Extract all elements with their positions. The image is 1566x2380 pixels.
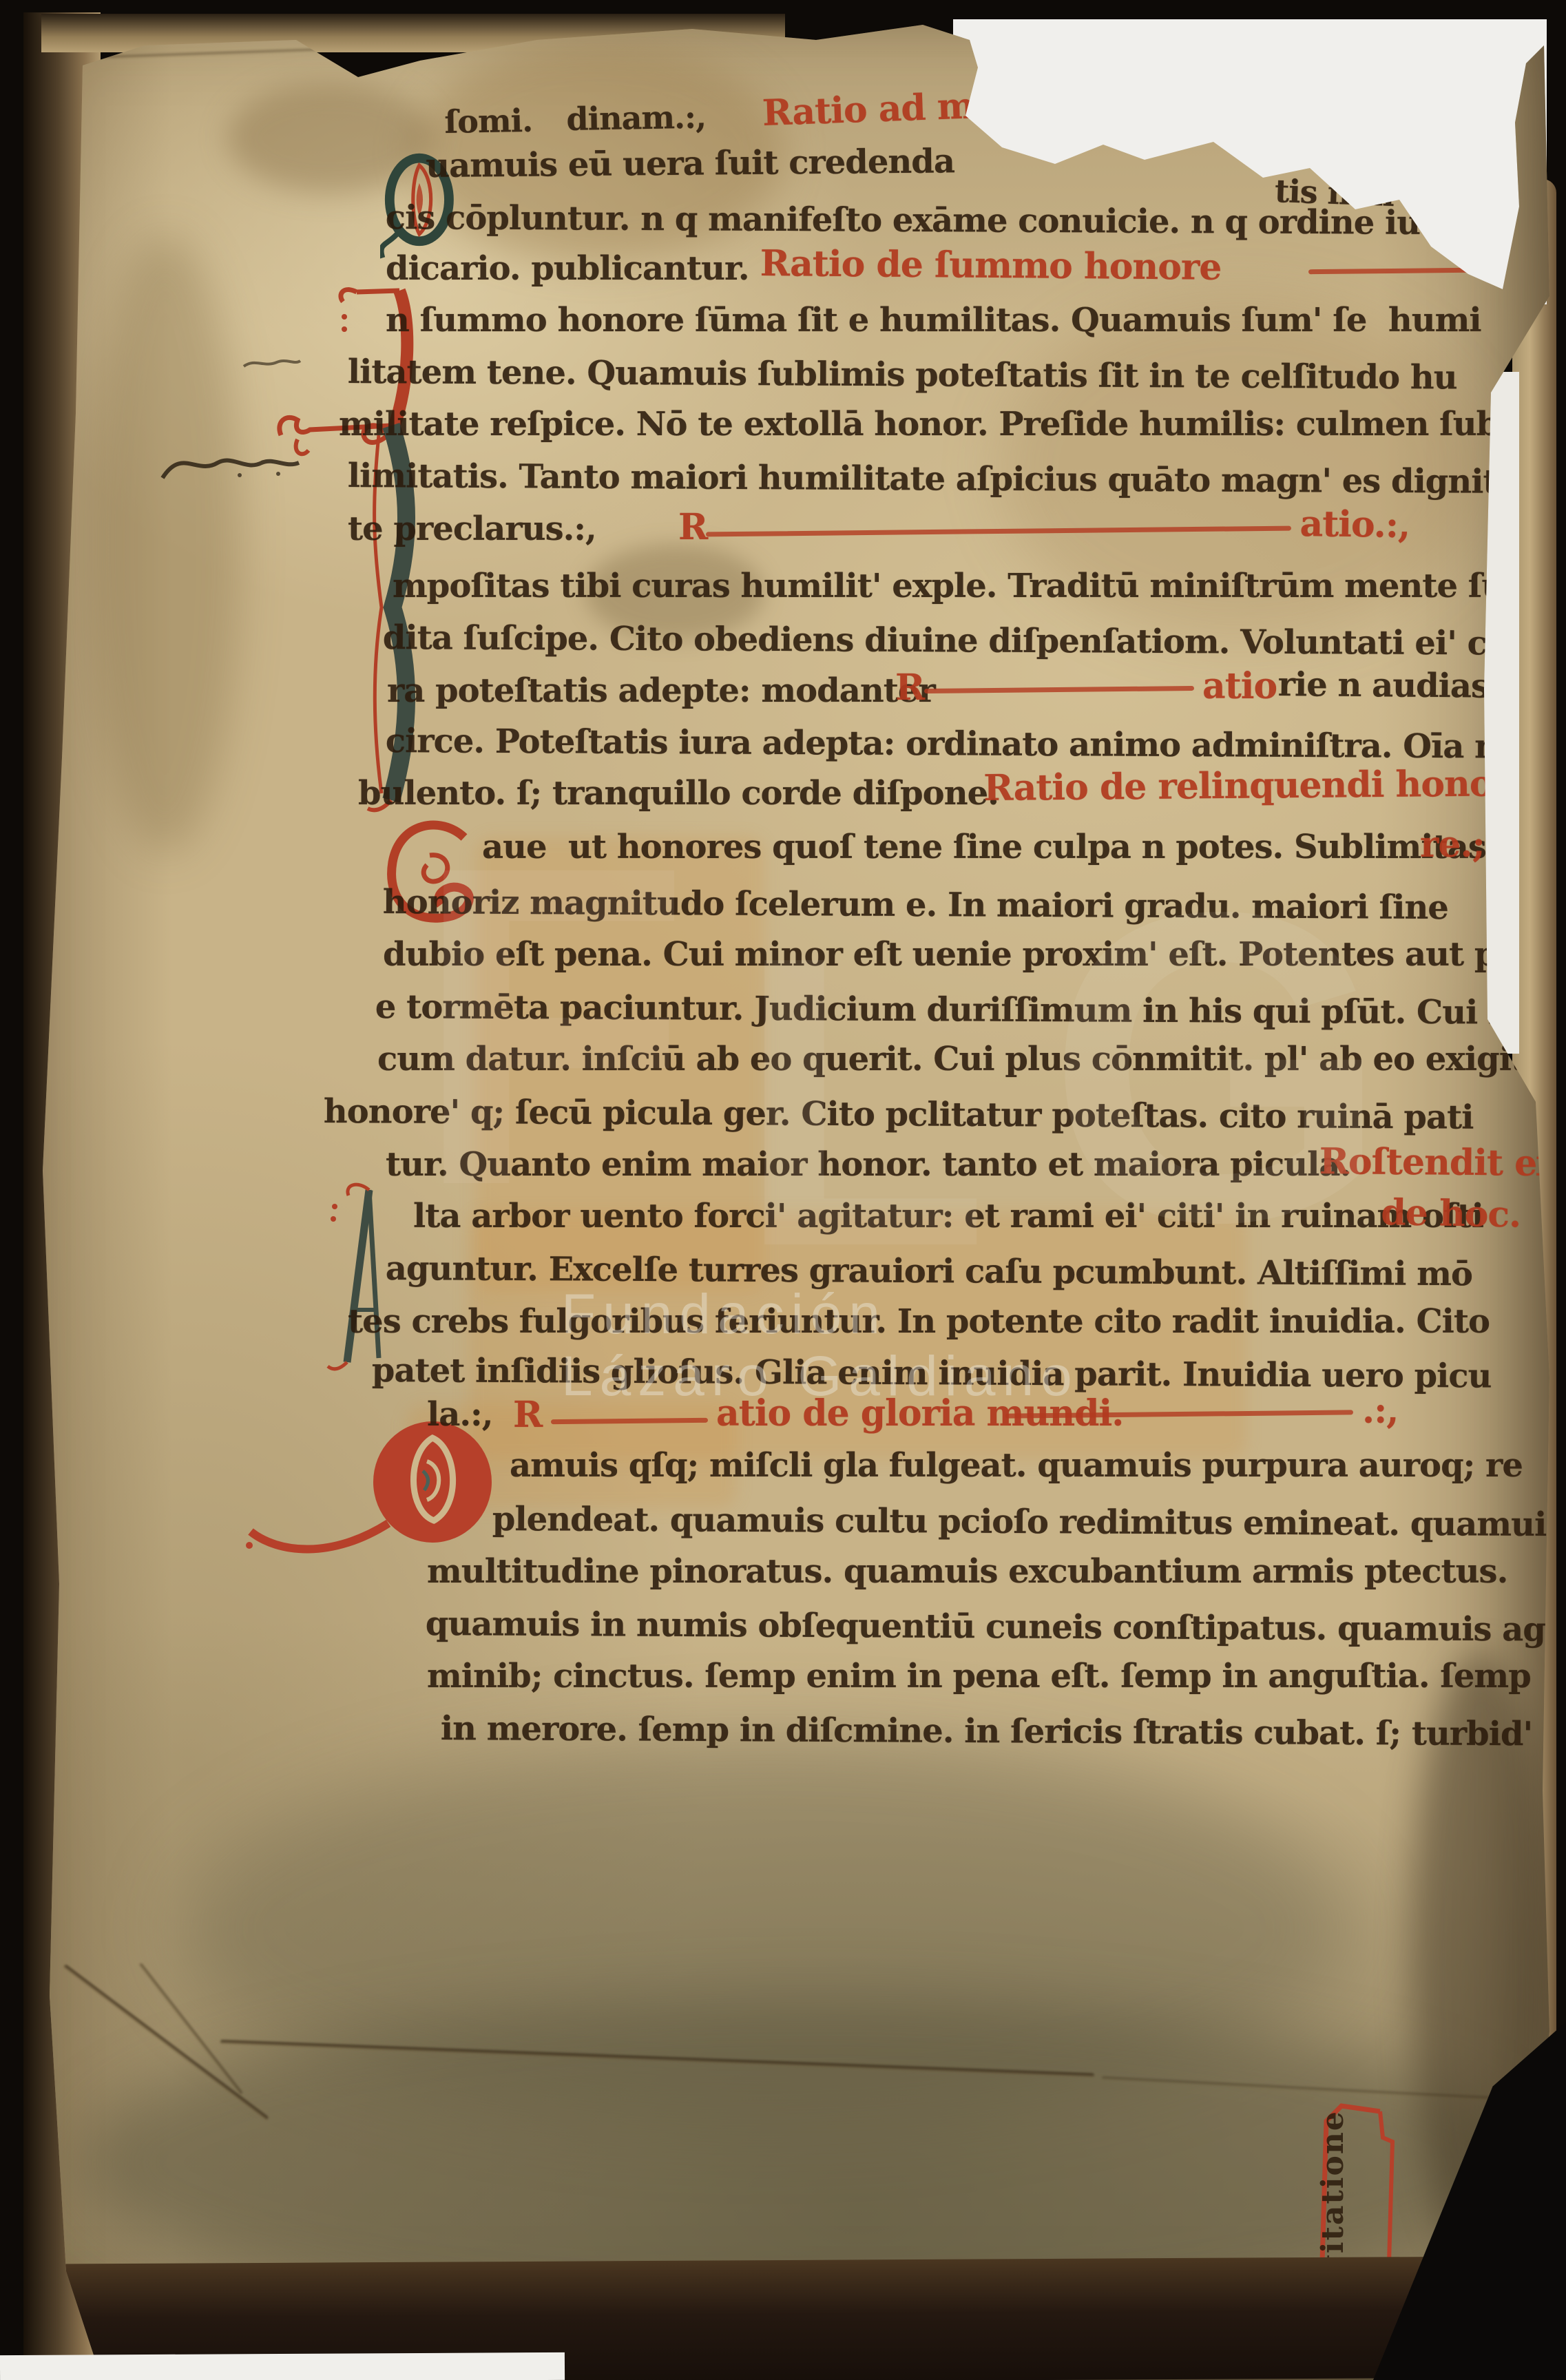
rubric-text: Ratio ad mu <box>762 84 1001 134</box>
manuscript-text-line: cis cōpluntur. n q manifeſto exāme conui… <box>386 198 1421 242</box>
manuscript-text-line: litatem tene. Quamuis ſublimis poteſtati… <box>348 353 1457 397</box>
watermark-monogram-letter: G <box>1047 847 1390 1288</box>
watermark-text-line2: Lázaro Galdiano <box>561 1344 1079 1409</box>
rubric-line-filler <box>706 526 1291 537</box>
rubric-text: de hoc. <box>1381 1191 1521 1236</box>
rubric-text: Ratio de ſummo honore <box>760 242 1221 289</box>
watermark-monogram-letter: L <box>737 895 990 1308</box>
rubric-line-filler <box>551 1418 708 1424</box>
manuscript-text-line: n ſummo honore ſūma ſit e humilitas. Qua… <box>386 301 1481 340</box>
manuscript-text-line: militate reſpice. Nō te extollā honor. P… <box>339 405 1499 443</box>
rubric-text: .:, <box>1362 1390 1398 1432</box>
manuscript-text-line: la.:, <box>427 1395 492 1434</box>
manuscript-text-line: dita ſuſcipe. Cito obediens diuine diſpe… <box>383 618 1552 663</box>
manuscript-text-line: circe. Poteſtatis iura adepta: ordinato … <box>386 722 1563 766</box>
manuscript-text-line: dicario. publicantur. <box>386 249 749 288</box>
rubric-text: R <box>513 1394 542 1436</box>
manuscript-text-line: multitudine pinoratus. quamuis excubanti… <box>427 1552 1507 1591</box>
manuscript-text-line: minib; cinctus. ſemp enim in pena eſt. ſ… <box>427 1657 1531 1695</box>
manuscript-text-line: mpoſitas tibi curas humilit' exple. Trad… <box>393 567 1527 605</box>
rubric-line-filler <box>924 686 1194 693</box>
rubric-line-filler <box>1308 268 1470 274</box>
manuscript-text-line: amuis qſq; miſcli gla fulgeat. quamuis p… <box>510 1446 1523 1485</box>
manuscript-text-line: uamuis eū uera ſuit credenda <box>426 142 954 185</box>
manuscript-text-line: quamuis in numis obſequentiū cuneis conſ… <box>426 1605 1545 1649</box>
manuscript-text-line: dinam.:, <box>566 98 706 138</box>
watermark-text-line1: Fundación <box>561 1282 887 1347</box>
scanner-bed-strip <box>0 2352 565 2380</box>
manuscript-text-line: ra poteſtatis adepte: modanter <box>387 671 935 710</box>
manuscript-text-line: in merore. ſemp in diſcmine. in ſericis … <box>441 1709 1533 1753</box>
rubric-text: R <box>678 506 707 548</box>
manuscript-text-line: te preclarus.:, <box>348 510 596 548</box>
manuscript-text-line: ſomi. <box>444 102 533 140</box>
rubric-text: R <box>895 667 924 709</box>
rubric-text: atio.:, <box>1299 503 1410 546</box>
manuscript-scan: { "document": { "title": "Medieval parch… <box>0 0 1566 2380</box>
rubric-text: re.; <box>1420 824 1485 866</box>
manuscript-text-line: plendeat. quamuis cultu pcioſo redimitus… <box>492 1500 1566 1545</box>
rubric-text: Ratio de relinquendi hono <box>983 763 1493 809</box>
manuscript-text-line: limitatis. Tanto maiori humilitate aſpic… <box>348 457 1518 501</box>
watermark-monogram-letter: F <box>413 799 691 1253</box>
rubric-text: atio <box>1202 665 1277 707</box>
